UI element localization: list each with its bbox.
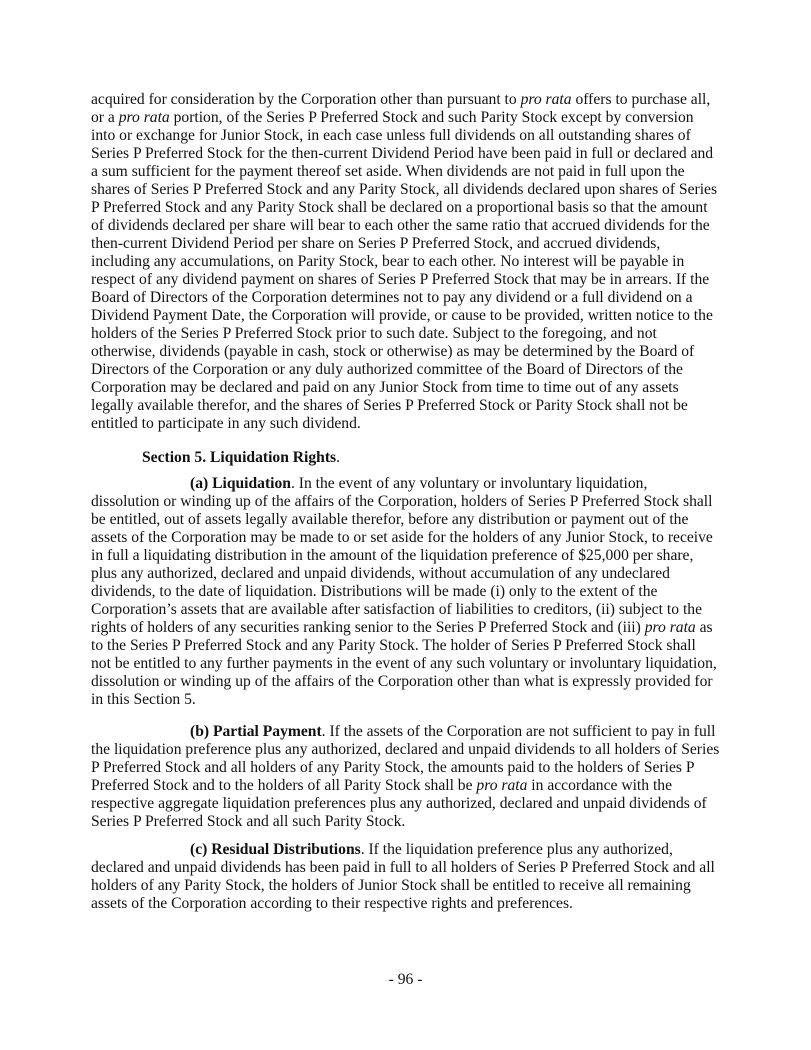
continuation-paragraph: acquired for consideration by the Corpor…	[91, 91, 721, 433]
text-line: Dividend Payment Date, the Corporation w…	[91, 307, 721, 325]
text-line: holders of any Parity Stock, the holders…	[91, 877, 721, 895]
subsection-heading: (c) Residual Distributions	[190, 841, 361, 858]
subsection-heading: (b) Partial Payment	[190, 723, 322, 740]
text-line: of dividends declared per share will bea…	[91, 217, 721, 235]
text-line: or a pro rata portion, of the Series P P…	[91, 109, 721, 127]
subsection-b-partial-payment: (b) Partial Payment. If the assets of th…	[91, 723, 721, 831]
text-line: to the Series P Preferred Stock and any …	[91, 637, 721, 655]
subsection-heading: (a) Liquidation	[190, 475, 291, 492]
text-line: P Preferred Stock and all holders of any…	[91, 759, 721, 777]
text-line: otherwise, dividends (payable in cash, s…	[91, 343, 721, 361]
text-line: acquired for consideration by the Corpor…	[91, 91, 721, 109]
text-line: Corporation may be declared and paid on …	[91, 379, 721, 397]
text-line: Corporation’s assets that are available …	[91, 601, 721, 619]
text-line: Preferred Stock and to the holders of al…	[91, 777, 721, 795]
text-line: assets of the Corporation according to t…	[91, 895, 721, 913]
text-line: Directors of the Corporation or any duly…	[91, 361, 721, 379]
text-line: shares of Series P Preferred Stock and a…	[91, 181, 721, 199]
text-line: respective aggregate liquidation prefere…	[91, 795, 721, 813]
section-5-heading: Section 5. Liquidation Rights.	[91, 449, 721, 467]
italic-term: pro rata	[119, 109, 170, 126]
text-line: including any accumulations, on Parity S…	[91, 253, 721, 271]
text-line: (b) Partial Payment. If the assets of th…	[91, 723, 721, 741]
text-line: (a) Liquidation. In the event of any vol…	[91, 475, 721, 493]
text-line: Series P Preferred Stock for the then-cu…	[91, 145, 721, 163]
text-line: dissolution or winding up of the affairs…	[91, 493, 721, 511]
text-line: in full a liquidating distribution in th…	[91, 547, 721, 565]
subsection-a-liquidation: (a) Liquidation. In the event of any vol…	[91, 475, 721, 709]
italic-term: pro rata	[521, 91, 572, 108]
text-line: the liquidation preference plus any auth…	[91, 741, 721, 759]
text-line: be entitled, out of assets legally avail…	[91, 511, 721, 529]
page-number: - 96 -	[0, 971, 811, 989]
text-line: not be entitled to any further payments …	[91, 655, 721, 673]
text-line: in this Section 5.	[91, 691, 721, 709]
text-line: into or exchange for Junior Stock, in ea…	[91, 127, 721, 145]
text-line: a sum sufficient for the payment thereof…	[91, 163, 721, 181]
italic-term: pro rata	[476, 777, 527, 794]
section-heading-bold: Section 5. Liquidation Rights	[142, 449, 336, 466]
text-line: P Preferred Stock and any Parity Stock s…	[91, 199, 721, 217]
italic-term: pro rata	[645, 619, 696, 636]
text-line: Series P Preferred Stock and all such Pa…	[91, 813, 721, 831]
subsection-c-residual-distributions: (c) Residual Distributions. If the liqui…	[91, 841, 721, 913]
text-line: rights of holders of any securities rank…	[91, 619, 721, 637]
text-line: legally available therefor, and the shar…	[91, 397, 721, 415]
text-line: then-current Dividend Period per share o…	[91, 235, 721, 253]
text-line: respect of any dividend payment on share…	[91, 271, 721, 289]
text-line: declared and unpaid dividends has been p…	[91, 859, 721, 877]
text-line: entitled to participate in any such divi…	[91, 415, 721, 433]
text-line: (c) Residual Distributions. If the liqui…	[91, 841, 721, 859]
text-line: assets of the Corporation may be made to…	[91, 529, 721, 547]
text-line: dissolution or winding up of the affairs…	[91, 673, 721, 691]
text-line: plus any authorized, declared and unpaid…	[91, 565, 721, 583]
document-page: acquired for consideration by the Corpor…	[0, 0, 811, 1050]
text-line: dividends, to the date of liquidation. D…	[91, 583, 721, 601]
text-line: Board of Directors of the Corporation de…	[91, 289, 721, 307]
text-line: holders of the Series P Preferred Stock …	[91, 325, 721, 343]
